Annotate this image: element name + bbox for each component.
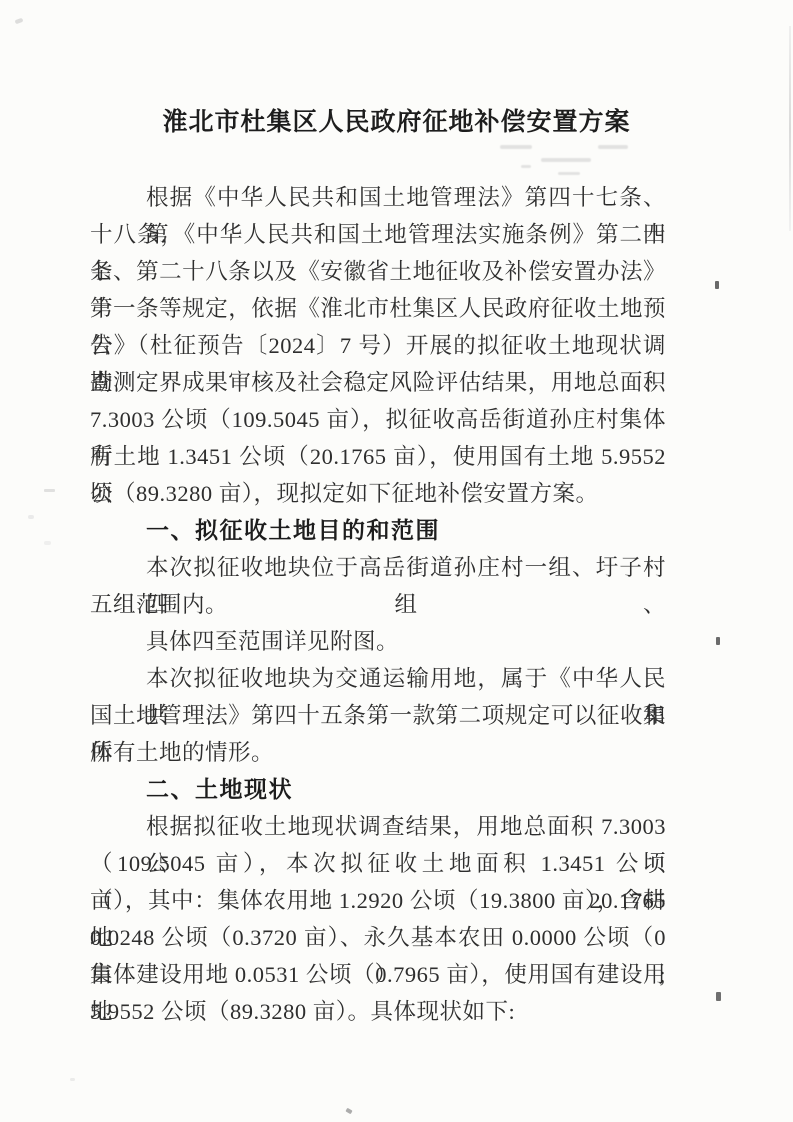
text-line: 根据《中华人民共和国土地管理法》第四十七条、第四 (90, 179, 666, 216)
scan-speck (28, 515, 34, 519)
text-line: 顷（89.3280 亩），现拟定如下征地补偿安置方案。 (90, 475, 666, 512)
text-line: （109.5045 亩），本次拟征收土地面积 1.3451 公顷（20.1765 (90, 845, 666, 882)
text-line: 有土地 1.3451 公顷（20.1765 亩），使用国有土地 5.9552 公 (90, 438, 666, 475)
text-line: 所有土地的情形。 (90, 734, 666, 771)
text-line: 集体建设用地 0.0531 公顷（0.7965 亩），使用国有建设用地 (90, 956, 666, 993)
scan-smudge (558, 172, 580, 175)
scan-speck (70, 1078, 75, 1081)
text-line: 本次拟征收地块位于高岳街道孙庄村一组、圩子村四组、 (90, 549, 666, 586)
text-line: 亩），其中：集体农用地 1.2920 公顷（19.3800 亩），含耕地 (90, 882, 666, 919)
text-line: 勘测定界成果审核及社会稳定风险评估结果，用地总面积 (90, 364, 666, 401)
scanned-page: 淮北市杜集区人民政府征地补偿安置方案 根据《中华人民共和国土地管理法》第四十七条… (0, 0, 793, 1122)
text-line: 本次拟征收地块为交通运输用地，属于《中华人民共和 (90, 660, 666, 697)
scan-speck (15, 18, 24, 24)
scan-speck (715, 281, 719, 289)
text-line: 条、第二十八条以及《安徽省土地征收及补偿安置办法》第 (90, 253, 666, 290)
text-line: 告》（杜征预告〔2024〕7 号）开展的拟征收土地现状调查、 (90, 327, 666, 364)
text-line: 5.9552 公顷（89.3280 亩）。具体现状如下: (90, 993, 666, 1030)
scan-speck (44, 489, 55, 492)
scan-smudge (541, 158, 591, 162)
document-title: 淮北市杜集区人民政府征地补偿安置方案 (0, 102, 793, 138)
document-body: 根据《中华人民共和国土地管理法》第四十七条、第四十八条，《中华人民共和国土地管理… (90, 179, 666, 1030)
text-line: 7.3003 公顷（109.5045 亩），拟征收高岳街道孙庄村集体所 (90, 401, 666, 438)
scan-speck (44, 541, 51, 545)
scan-smudge (598, 145, 628, 149)
text-line: 根据拟征收土地现状调查结果，用地总面积 7.3003 公顷 (90, 808, 666, 845)
text-line: 0.0248 公顷（0.3720 亩）、永久基本农田 0.0000 公顷（0 亩… (90, 919, 666, 956)
scan-smudge (521, 165, 531, 168)
text-line: 具体四至范围详见附图。 (90, 623, 666, 660)
scan-speck (716, 992, 721, 1001)
section-heading: 一、拟征收土地目的和范围 (90, 512, 666, 549)
text-line: 十八条，《中华人民共和国土地管理法实施条例》第二十七 (90, 216, 666, 253)
text-line: 十一条等规定，依据《淮北市杜集区人民政府征收土地预公 (90, 290, 666, 327)
scan-speck (345, 1108, 352, 1114)
section-heading: 二、土地现状 (90, 771, 666, 808)
scan-smudge (500, 145, 532, 149)
text-line: 国土地管理法》第四十五条第一款第二项规定可以征收集体 (90, 697, 666, 734)
scan-speck (716, 637, 720, 645)
